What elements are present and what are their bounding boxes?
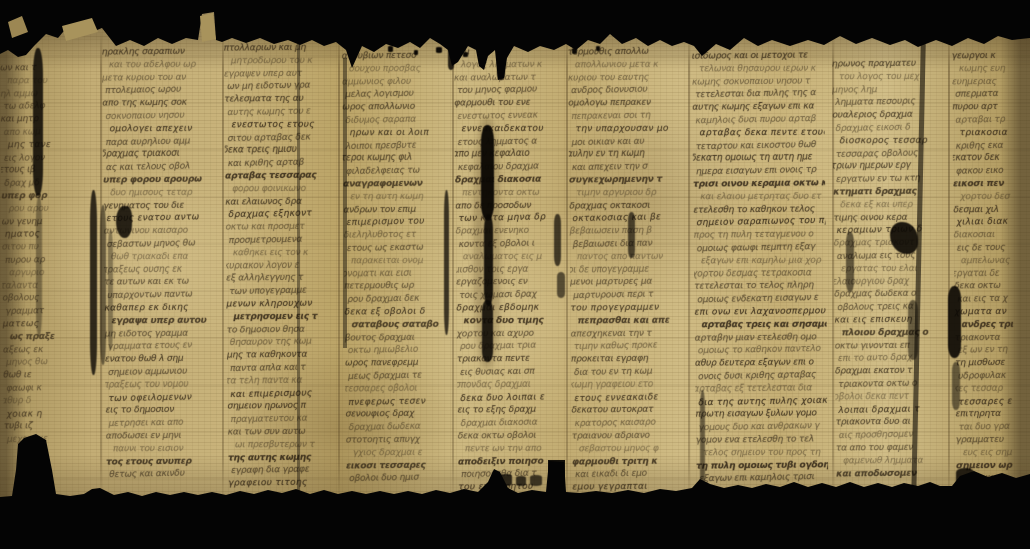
script-line: σουχου προσβας xyxy=(349,62,450,75)
script-column-8: ηρωνος πραγματευτου λογος του μεχμηνος λ… xyxy=(832,57,944,480)
script-line: σαταβους σαταβο xyxy=(352,318,451,331)
script-line: επιτηρητα xyxy=(955,408,1029,422)
script-line: εννεακαιδεκατου xyxy=(461,122,564,135)
script-line: μενων κληρουχων xyxy=(226,297,338,311)
script-line: και των συν αυτω xyxy=(228,425,340,439)
script-line: ωι πρεσβυτερων τ xyxy=(235,438,340,451)
script-line: τιμην αργυριου δρ xyxy=(576,186,684,199)
script-line: απο κωμ xyxy=(4,125,98,140)
script-line: αρταβαι τρ xyxy=(955,113,1029,127)
script-line: συγκεχωρημενην τ xyxy=(569,173,681,187)
script-line: γραμματευ xyxy=(956,434,1030,448)
script-line: διακοσιαι xyxy=(954,229,1028,243)
script-line: πτολλαριων και μη xyxy=(224,41,336,55)
script-line: την υπαρχουσαν μο xyxy=(575,122,684,135)
script-line: θωθ τριακαδι επα xyxy=(111,250,218,263)
script-line: απολλωνιου μετα κ xyxy=(575,58,685,71)
script-line: ηρωνος πραγματευ xyxy=(832,57,940,71)
script-line: διοσκορος τεσσαρ xyxy=(840,134,945,147)
script-line: οβολοι δυο ημισ xyxy=(349,471,450,485)
script-line: εξαγων επι καμηλω μια χορ xyxy=(701,254,828,267)
script-line: πεντηκοντα οκτω xyxy=(462,186,564,199)
script-line: καθηκει εις τον κ xyxy=(233,246,341,259)
script-line: εξαγων επι καμηλοις τρισι xyxy=(699,471,828,486)
script-line: ισιδωρος και οι μετοχοι τε xyxy=(692,49,824,63)
script-line: λογος λημματων κ xyxy=(461,58,565,71)
script-line: τριακοσια xyxy=(960,127,1030,140)
sheet-seam xyxy=(688,30,690,503)
script-line: παντος απο παντων xyxy=(577,250,685,263)
script-line: τρισι οινου κεραμια οκτω κ xyxy=(693,177,825,191)
script-line: κοντα εξ οβολοι ι xyxy=(459,237,565,252)
script-line: αρταβας τρεις και σησαμου xyxy=(702,318,829,331)
script-line: και του αδελφου ωρ xyxy=(109,58,218,71)
script-line: γχιος δραχμαι ε xyxy=(353,446,450,459)
script-line: σπονδας δραχμαι xyxy=(455,378,561,393)
script-line: πλοιου δραχμας ο xyxy=(842,326,945,339)
script-line: δραχμαι διακοσια xyxy=(455,173,561,187)
script-line: αναλωματος εις μ xyxy=(463,250,565,263)
script-line: κωμης ευη xyxy=(959,63,1030,76)
script-column-1: ων και τπαρα τουηλ αμμωτω αδελφκαι μητρα… xyxy=(0,62,98,447)
script-line: ως πραξε xyxy=(10,330,98,343)
script-line: γεωργοι κ xyxy=(952,50,1026,64)
script-line: αμπελωνας xyxy=(961,254,1030,267)
script-line: δεκα οκτω xyxy=(954,280,1028,294)
script-line: αναλωμα εις τους xyxy=(837,249,944,264)
script-column-3: πτολλαριων και μημητροδωρου του κεγραψεν… xyxy=(224,41,341,490)
script-line: σεβαστου μηνος φ xyxy=(579,442,684,455)
script-line: εξ ων εν τη xyxy=(958,344,1030,358)
script-line: τερμουθις απολλω xyxy=(568,45,680,59)
script-column-6: τερμουθις απολλωαπολλωνιου μετα κκυριου … xyxy=(568,45,685,494)
script-line: χορτου δεσ xyxy=(960,191,1030,204)
script-line: παυνι του εισιον xyxy=(113,442,218,455)
script-line: υπερ φορ xyxy=(1,189,95,203)
script-line: τελος σημειον του προς τη xyxy=(703,446,828,459)
script-line: ευς εις σημ xyxy=(963,446,1030,459)
script-line: ηρων και οι λοιπ xyxy=(350,126,451,139)
script-line: και αποδωσομεν xyxy=(836,467,944,481)
script-line: εμου γεγραπται xyxy=(572,480,684,494)
script-line: μης τανε xyxy=(8,138,98,151)
script-line: του λογος του μεχ xyxy=(839,70,944,83)
script-line: ωρου κωμο xyxy=(959,472,1030,486)
script-line: αναγραφομενων xyxy=(343,177,447,191)
script-line: και εις επισκευη xyxy=(834,313,942,327)
script-line: υδροφυλακ xyxy=(958,369,1030,383)
script-line: πεπρασθαι και απε xyxy=(578,314,685,327)
script-line: μεχειρ κε xyxy=(7,432,98,446)
script-line: πεντε ων την απο xyxy=(465,442,564,455)
script-line: δυο ημισους τεταρ xyxy=(110,186,218,199)
script-line: σιτου πυ xyxy=(2,241,96,255)
script-line: ων και τ xyxy=(0,62,94,76)
script-line: ανδρες τρι xyxy=(962,318,1030,331)
script-line: αθυρ δ xyxy=(1,394,95,409)
script-line: χιλιαι διακ xyxy=(956,216,1030,230)
script-line: τραιανου αδριανο xyxy=(572,429,684,443)
script-line: θετως και ακινδυ xyxy=(109,467,218,481)
script-line: δεκα εξ οβολοι δ xyxy=(344,305,448,319)
script-line: διδυμος σαραπα xyxy=(345,113,449,128)
script-line: σπερματα xyxy=(955,88,1029,102)
script-line: ται δυο γρα xyxy=(959,420,1030,434)
script-line: αρταβας τεσσαρας xyxy=(225,169,337,183)
script-line: ενεστωτος εννεακ xyxy=(457,109,563,124)
script-line: του προγεγραμμεν xyxy=(570,301,682,315)
script-line: εικοσι πεν xyxy=(953,178,1027,192)
script-line: προσμετρουμενα xyxy=(229,233,341,248)
script-line: πεπρακεναι σοι τη xyxy=(571,109,683,124)
script-line: χωματα αν xyxy=(954,306,1028,320)
script-line: εις δε τους xyxy=(957,241,1030,255)
script-line: στοτοητις απυγχ xyxy=(346,433,450,447)
script-line: παρακειται ονομ xyxy=(351,254,450,267)
script-column-9: γεωργοι κκωμης ευηευημεριαςσπερματαπυρου… xyxy=(952,50,1030,486)
script-line: γραφειου τιτοης xyxy=(228,476,340,490)
script-line: εν τη αυτη κωμη xyxy=(350,190,450,203)
script-column-5: ιζ μλογος λημματων κκαι αναλωματων ττου … xyxy=(454,45,565,494)
script-line: εργατας του ελαι xyxy=(841,262,944,275)
script-column-4: ανουβιων πετεσοσουχου προσβαςαμμωνιος φι… xyxy=(342,49,451,485)
script-line: φακου εικο xyxy=(956,164,1030,178)
script-line: τεσσαρες ε xyxy=(958,395,1030,409)
script-column-2: ηρακλης σαραπιωνκαι του αδελφου ωρμετα κ… xyxy=(102,45,219,481)
script-line: ιζ μ xyxy=(454,45,560,59)
script-line: του επιτηρητου xyxy=(458,481,564,495)
script-line: σεβαστων μηνος θω xyxy=(107,237,219,252)
script-line: τελωναι θησαυρου ιερων κ xyxy=(699,62,828,75)
script-line: ρου αρου xyxy=(8,202,98,215)
script-line: ηρακλης σαραπιων xyxy=(102,45,214,59)
script-line: αποδωσει εν μηνι xyxy=(106,429,218,443)
script-column-7: ισιδωρος και οι μετοχοι τετελωναι θησαυρ… xyxy=(692,49,829,485)
script-line: επι ονω ενι λαχανοσπερμου xyxy=(694,305,826,319)
script-line: πυρου αρ xyxy=(5,253,98,268)
script-line: ενεστωτος ετους xyxy=(231,118,340,131)
script-line: τεσσαρες οβολοι xyxy=(343,382,447,397)
script-line: ανουβιων πετεσο xyxy=(342,49,446,63)
script-line: αργυριο xyxy=(9,266,98,279)
script-line: κοντα δυο τιμης xyxy=(464,314,565,327)
script-line: εργαται δε xyxy=(952,267,1026,281)
script-line: βεβαιωσει δια παν xyxy=(573,237,685,252)
photo-frame: ων και τπαρα τουηλ αμμωτω αδελφκαι μητρα… xyxy=(0,0,1030,549)
script-line: δραχμας εικοσι δ xyxy=(835,121,943,136)
script-line: και ελαιου μετρητας δυο ετ xyxy=(700,190,828,203)
script-line: φορου φοινικωνο xyxy=(232,182,340,195)
script-line: και εις τα χ xyxy=(957,292,1030,306)
script-line: ομοιως φαωφι πεμπτη εξαγ xyxy=(697,241,829,256)
script-line: αρταβας δεκα πεντε ετους τ xyxy=(700,126,829,139)
script-line: υπερ φορου αρουρω xyxy=(103,173,215,187)
script-line: δραχμαι εβδομηκ xyxy=(456,301,562,315)
script-line: σοκνοπαιου νησου xyxy=(105,109,217,124)
script-line: κες τεσσαρ xyxy=(953,382,1027,396)
script-line: τη μισθωσε xyxy=(955,357,1029,371)
script-line: τα απο του φαμεν xyxy=(836,441,944,455)
script-line: αυτης κωμης του ε xyxy=(227,105,339,120)
script-line: γομον ενα ετελεσθη το τελ xyxy=(696,433,828,447)
sheet-seam xyxy=(948,30,950,503)
script-line: ομολογει απεχειν xyxy=(110,122,219,135)
script-line: δεκα οκτω οβολοι xyxy=(458,429,564,443)
script-line: φαμενωθ λημματα xyxy=(843,454,944,467)
script-line: θωθ ιε xyxy=(3,369,97,383)
script-line: καθαπερ εκ δικης xyxy=(104,301,216,315)
script-line: μητροδωρου του κ xyxy=(231,54,341,67)
script-line: κτηματι δραχμας xyxy=(833,185,941,199)
script-line: εγραψα υπερ αυτου xyxy=(112,314,219,327)
script-line: παρα του xyxy=(7,74,98,87)
script-line: δεκα εξ και υπερ xyxy=(840,198,944,211)
script-line: πυρου αρτ xyxy=(952,101,1026,115)
script-line: μετρησομεν εις τ xyxy=(234,310,341,323)
script-line: ματεως xyxy=(3,317,97,331)
script-line: ετους ως εκαστω xyxy=(347,241,451,256)
